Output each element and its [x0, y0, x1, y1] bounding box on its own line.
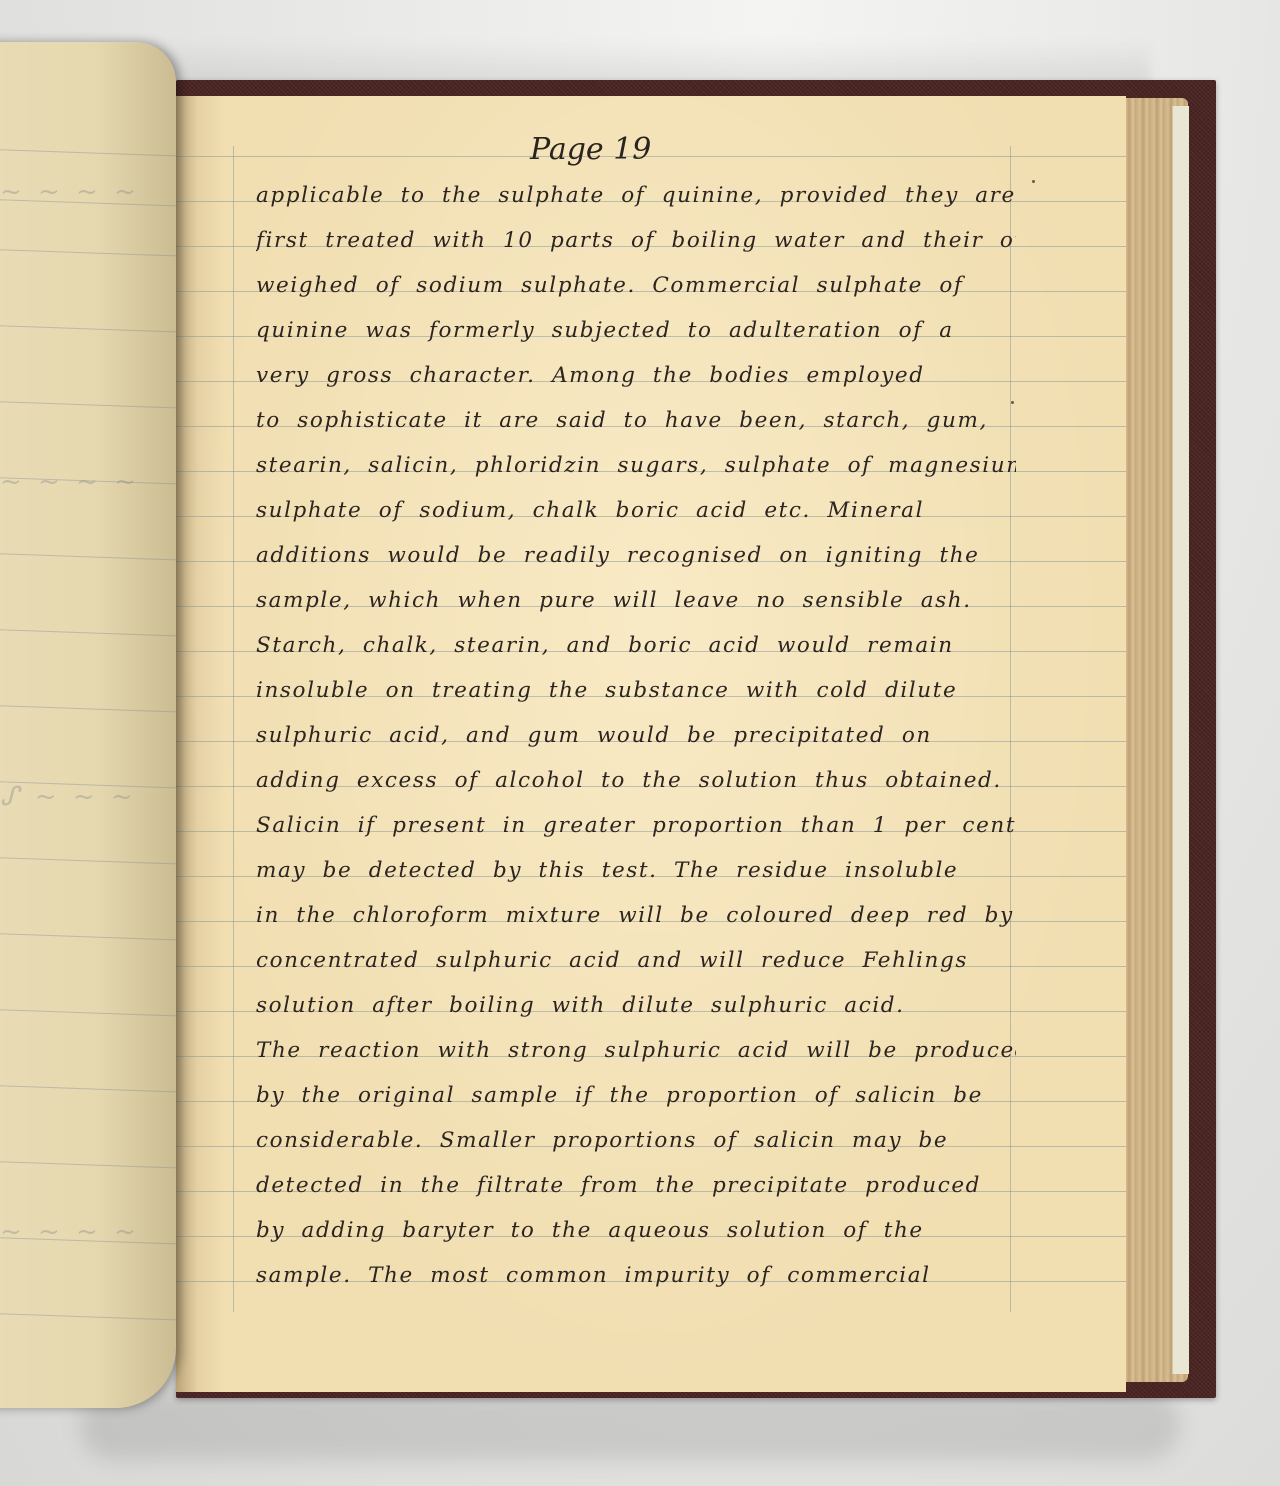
ruled-line	[0, 1085, 176, 1093]
handwritten-line: concentrated sulphuric acid and will red…	[256, 948, 1016, 973]
handwritten-line: applicable to the sulphate of quinine, p…	[256, 183, 1016, 208]
handwritten-line: considerable. Smaller proportions of sal…	[256, 1128, 1016, 1153]
ink-speck	[1032, 180, 1035, 183]
handwritten-line: may be detected by this test. The residu…	[256, 858, 1016, 883]
handwritten-line: solution after boiling with dilute sulph…	[256, 993, 1016, 1018]
ink-speck	[1011, 401, 1014, 404]
handwritten-line: Starch, chalk, stearin, and boric acid w…	[256, 633, 1016, 658]
handwritten-line: Salicin if present in greater proportion…	[256, 813, 1016, 838]
ruled-line	[0, 857, 176, 865]
handwritten-line: sulphate of sodium, chalk boric acid etc…	[256, 498, 1016, 523]
faded-handwriting: ~ ~ ~ ~	[0, 467, 140, 497]
endpaper	[1172, 106, 1189, 1374]
handwritten-line: very gross character. Among the bodies e…	[256, 363, 1016, 388]
faded-handwriting: ᔑ ~ ~ ~	[0, 782, 137, 812]
page-header: Page 19	[530, 132, 651, 167]
handwritten-line: sulphuric acid, and gum would be precipi…	[256, 723, 1016, 748]
ruled-line	[0, 553, 176, 561]
handwritten-line: by the original sample if the proportion…	[256, 1083, 1016, 1108]
handwritten-line: to sophisticate it are said to have been…	[256, 408, 1016, 433]
handwritten-line: additions would be readily recognised on…	[256, 543, 1016, 568]
ruled-line	[0, 933, 176, 941]
ruled-line	[0, 325, 176, 333]
ruled-line	[0, 1313, 176, 1321]
ruled-line	[0, 249, 176, 257]
handwritten-line: quinine was formerly subjected to adulte…	[256, 318, 1016, 343]
ruled-line	[0, 629, 176, 637]
handwritten-line: weighed of sodium sulphate. Commercial s…	[256, 273, 1016, 298]
ruled-line	[0, 1161, 176, 1169]
notebook-page-left: ~ ~ ~ ~ ~ ~ ~ ~ ᔑ ~ ~ ~ ~ ~ ~ ~	[0, 42, 176, 1408]
handwritten-line: stearin, salicin, phloridzin sugars, sul…	[256, 453, 1016, 478]
handwritten-line: adding excess of alcohol to the solution…	[256, 768, 1016, 793]
faded-handwriting: ~ ~ ~ ~	[0, 177, 140, 207]
ruled-line	[0, 1009, 176, 1017]
handwritten-line: first treated with 10 parts of boiling w…	[256, 228, 1016, 253]
handwritten-line: The reaction with strong sulphuric acid …	[256, 1038, 1016, 1063]
left-margin-line	[233, 146, 234, 1312]
ruled-line	[0, 401, 176, 409]
handwritten-line: sample, which when pure will leave no se…	[256, 588, 1016, 613]
faded-handwriting: ~ ~ ~ ~	[0, 1217, 140, 1247]
handwritten-line: by adding baryter to the aqueous solutio…	[256, 1218, 1016, 1243]
handwritten-line: in the chloroform mixture will be colour…	[256, 903, 1016, 928]
handwritten-line: sample. The most common impurity of comm…	[256, 1263, 1016, 1288]
handwritten-line: insoluble on treating the substance with…	[256, 678, 1016, 703]
book-shadow-bottom	[80, 1390, 1180, 1460]
ruled-line	[0, 705, 176, 713]
ruled-line	[0, 149, 176, 157]
handwritten-line: detected in the filtrate from the precip…	[256, 1173, 1016, 1198]
